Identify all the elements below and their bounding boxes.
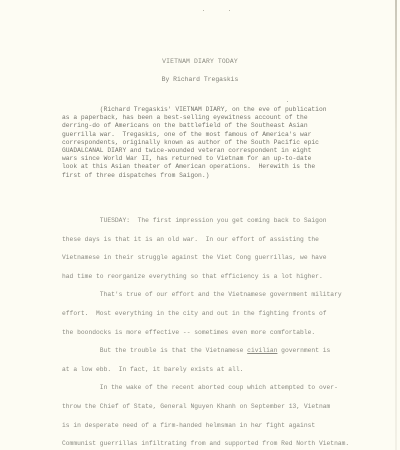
paper-speck xyxy=(203,10,204,11)
body-line: these days is that it is an old war. In … xyxy=(62,231,382,250)
body-line: effort. Most everything in the city and … xyxy=(62,305,382,324)
editor-note-line: correspondents, originally known as auth… xyxy=(62,139,382,147)
document-byline: By Richard Tregaskis xyxy=(0,76,400,83)
document-title: VIETNAM DIARY TODAY xyxy=(0,58,400,65)
body-line: That's true of our effort and the Vietna… xyxy=(62,286,382,305)
body-line: the boondocks is more effective -- somet… xyxy=(62,324,382,343)
body-line: In the wake of the recent aborted coup w… xyxy=(62,379,382,398)
editor-note-line: guerrilla war. Tregaskis, one of the mos… xyxy=(62,131,382,139)
editor-note-line: GUADALCANAL DIARY and twice-wounded vete… xyxy=(62,147,382,155)
editor-note-line: wars since World War II, has returned to… xyxy=(62,155,382,163)
editor-note-line: derring-do of Americans on the battlefie… xyxy=(62,122,382,130)
civilian-after: government is xyxy=(277,347,330,354)
page-edge xyxy=(395,0,397,450)
body-line: had time to reorganize everything so tha… xyxy=(62,268,382,287)
body-line: Communist guerrillas infiltrating from a… xyxy=(62,435,382,450)
editor-note-line: look at this Asian theater of American o… xyxy=(62,163,382,171)
body-line: TUESDAY: The first impression you get co… xyxy=(62,212,382,231)
body-line: is in desperate need of a firm-handed he… xyxy=(62,417,382,436)
civilian-underlined-word: civilian xyxy=(247,347,277,354)
editor-note: (Richard Tregaskis' VIETNAM DIARY, on th… xyxy=(62,106,382,180)
body-line-civilian: But the trouble is that the Vietnamese c… xyxy=(62,342,382,361)
editor-note-line: (Richard Tregaskis' VIETNAM DIARY, on th… xyxy=(62,106,382,114)
article-body: TUESDAY: The first impression you get co… xyxy=(62,212,382,450)
civilian-before: But the trouble is that the Vietnamese xyxy=(62,347,247,354)
body-line: Vietnamese in their struggle against the… xyxy=(62,249,382,268)
body-line: throw the Chief of State, General Nguyen… xyxy=(62,398,382,417)
paper-speck xyxy=(287,101,288,102)
paper-speck xyxy=(229,10,230,11)
editor-note-line: first of three dispatches from Saigon.) xyxy=(62,172,382,180)
body-line: at a low ebb. In fact, it barely exists … xyxy=(62,361,382,380)
editor-note-line: as a paperback, has been a best-selling … xyxy=(62,114,382,122)
